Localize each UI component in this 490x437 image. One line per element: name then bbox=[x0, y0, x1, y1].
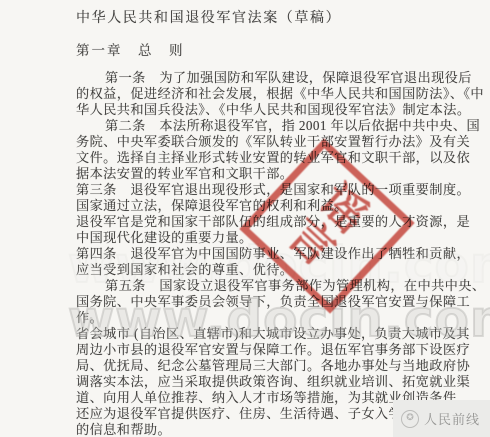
account-name: 人民前线 bbox=[424, 409, 480, 428]
seal-logo-icon: ✪ bbox=[401, 410, 419, 428]
document-line: 国务院、中央军事委员会领导下，负责全国退役军官安置与保障工 bbox=[76, 294, 472, 310]
document-line: 文件。选择自主择业形式转业安置的转业军官和文职干部，以及依 bbox=[76, 150, 472, 166]
document-line: 第五条 国家设立退役军官事务部作为管理机构，在中共中央、 bbox=[76, 278, 472, 294]
document-line: 据本法安置的转业军官和文职干部。 bbox=[76, 166, 472, 182]
scanned-document-page: www.docin.com 中华人民共和国退役军官法案（草稿） 第一章 总 则 … bbox=[0, 0, 490, 437]
document-line: 国家通过立法，保障退役军官的权利和利益。 bbox=[76, 198, 472, 214]
document-line: 第三条 退役军官退出现役形式，是国家和军队的一项重要制度。 bbox=[76, 182, 472, 198]
document-line: 局、优抚局、纪念公墓管理局三大部门。各地办事处与当地政府协 bbox=[76, 358, 472, 374]
account-branding: ✪ 人民前线 bbox=[393, 400, 490, 437]
document-line: 中国现代化建设的重要力量。 bbox=[76, 230, 472, 246]
document-line: 应当受到国家和社会的尊重、优待。 bbox=[76, 262, 472, 278]
chapter-heading: 第一章 总 则 bbox=[76, 39, 185, 59]
document-line: 的权益，促进经济和社会发展，根据《中华人民共和国国防法》、《中 bbox=[76, 86, 472, 102]
document-line: 第四条 退役军官为中国国防事业、军队建设作出了牺牲和贡献， bbox=[76, 246, 472, 262]
document-body: 第一条 为了加强国防和军队建设，保障退役军官退出现役后的权益，促进经济和社会发展… bbox=[76, 70, 472, 437]
document-line: 华人民共和国兵役法》、《中华人民共和国现役军官法》制定本法。 bbox=[76, 102, 472, 118]
document-line: 周边小市县的退役军官安置与保障工作。退伍军官事务部下设医疗 bbox=[76, 342, 472, 358]
document-line: 第一条 为了加强国防和军队建设，保障退役军官退出现役后 bbox=[76, 70, 472, 86]
document-line: 省会城市 (自治区、直辖市)和大城市设立办事处，负责大城市及其 bbox=[76, 326, 472, 342]
document-line: 第二条 本法所称退役军官，指 2001 年以后依据中共中央、国 bbox=[76, 118, 472, 134]
document-line: 退役军官是党和国家干部队伍的组成部分，是重要的人才资源，是 bbox=[76, 214, 472, 230]
document-title: 中华人民共和国退役军官法案（草稿） bbox=[76, 7, 472, 27]
document-line: 调落实本法，应当采取提供政策咨询、组织就业培训、拓宽就业渠 bbox=[76, 374, 472, 390]
document-line: 作。 bbox=[76, 310, 472, 326]
document-line: 务院、中央军委联合颁发的《军队转业干部安置暂行办法》及有关 bbox=[76, 134, 472, 150]
